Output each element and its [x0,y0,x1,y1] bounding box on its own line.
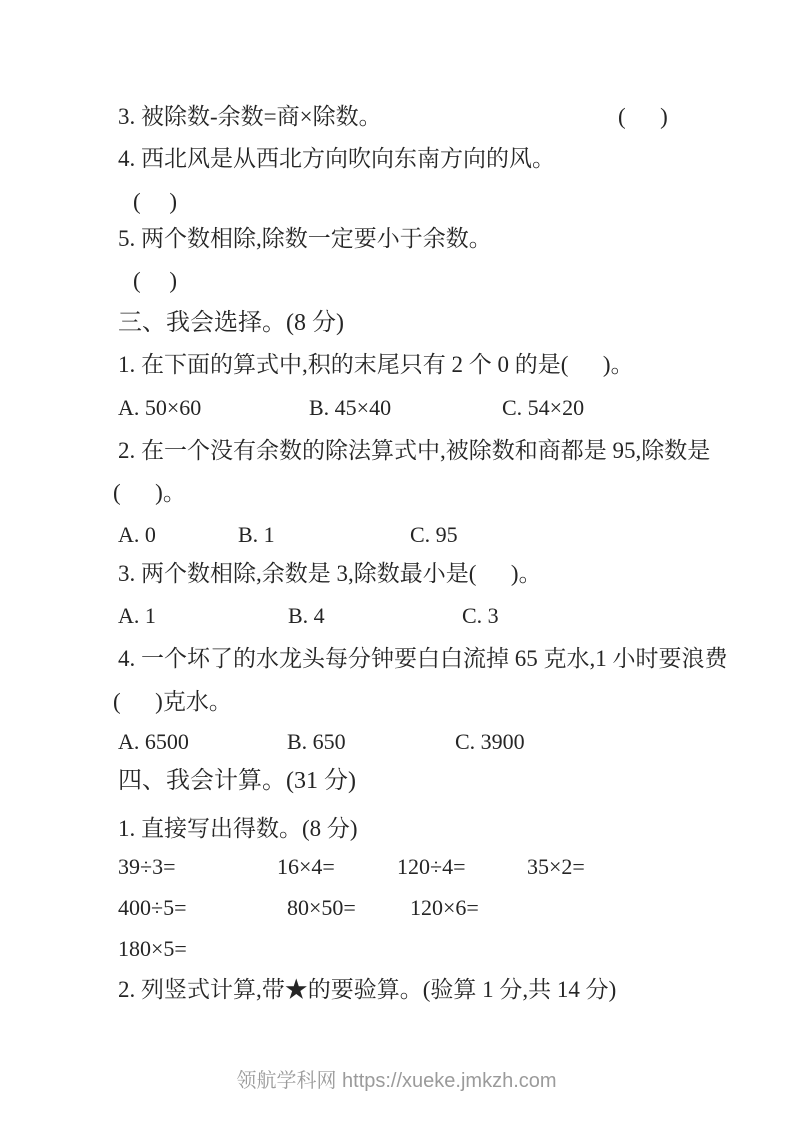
choice-q2-stem-line2: ( )。 [113,479,186,507]
section-3-heading: 三、我会选择。(8 分) [118,309,344,337]
oral-calc-expression: 180×5= [118,936,187,962]
oral-calc-expression: 16×4= [277,854,335,880]
choice-q2-option-b: B. 1 [238,522,275,548]
oral-calc-expression: 80×50= [287,895,356,921]
choice-q3-option-a: A. 1 [118,603,156,629]
oral-calc-expression: 400÷5= [118,895,186,921]
section-4-heading: 四、我会计算。(31 分) [118,767,356,795]
judge-item-5-text: 5. 两个数相除,除数一定要小于余数。 [118,225,492,253]
choice-q4-stem-line2: ( )克水。 [113,688,232,716]
judge-item-4-answer-bracket: ( ) [133,188,177,216]
choice-q2-stem-line1: 2. 在一个没有余数的除法算式中,被除数和商都是 95,除数是 [118,437,710,465]
oral-calc-expression: 120÷4= [397,854,465,880]
worksheet-page: 3. 被除数-余数=商×除数。 ( ) 4. 西北风是从西北方向吹向东南方向的风… [0,0,793,1122]
judge-item-4-text: 4. 西北风是从西北方向吹向东南方向的风。 [118,145,555,173]
choice-q3-stem: 3. 两个数相除,余数是 3,除数最小是( )。 [118,560,542,588]
judge-item-5-answer-bracket: ( ) [133,267,177,295]
oral-calc-expression: 35×2= [527,854,585,880]
choice-q4-stem-line1: 4. 一个坏了的水龙头每分钟要白白流掉 65 克水,1 小时要浪费 [118,645,728,673]
choice-q4-option-c: C. 3900 [455,729,525,755]
choice-q3-option-c: C. 3 [462,603,499,629]
choice-q1-option-a: A. 50×60 [118,395,201,421]
choice-q4-option-b: B. 650 [287,729,346,755]
choice-q1-option-b: B. 45×40 [309,395,391,421]
oral-calc-expression: 120×6= [410,895,479,921]
choice-q3-option-b: B. 4 [288,603,325,629]
calc-sub2-title: 2. 列竖式计算,带★的要验算。(验算 1 分,共 14 分) [118,976,616,1004]
choice-q2-option-c: C. 95 [410,522,458,548]
site-watermark: 领航学科网 https://xueke.jmkzh.com [0,1064,793,1093]
judge-item-3-answer-bracket: ( ) [618,103,668,131]
judge-item-3-text: 3. 被除数-余数=商×除数。 [118,103,382,131]
choice-q2-option-a: A. 0 [118,522,156,548]
choice-q4-option-a: A. 6500 [118,729,189,755]
choice-q1-option-c: C. 54×20 [502,395,584,421]
calc-sub1-title: 1. 直接写出得数。(8 分) [118,815,358,843]
choice-q1-stem: 1. 在下面的算式中,积的末尾只有 2 个 0 的是( )。 [118,351,634,379]
oral-calc-expression: 39÷3= [118,854,175,880]
